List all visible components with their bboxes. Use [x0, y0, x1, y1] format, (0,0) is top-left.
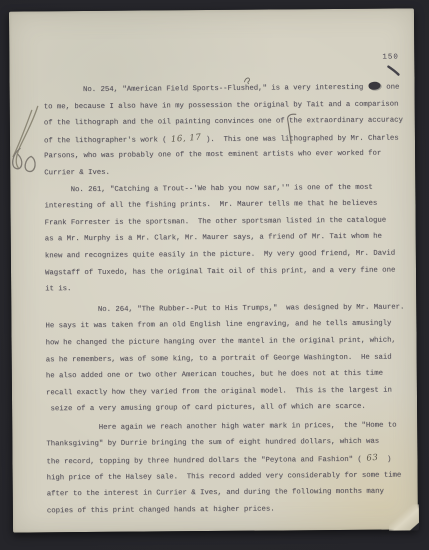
typed-text: interesting of all the fishing prints. M… [44, 200, 377, 211]
typed-text: as he remembers, was of some king, to a … [46, 353, 392, 364]
typed-text: as a Mr. Murphy is a Mr. Clark, Mr. Maur… [45, 233, 382, 244]
typed-text: Thanksgiving" by Durrie bringing the sum… [46, 438, 379, 449]
paragraph: No. 264, "The Rubber--Put to His Trumps,… [45, 299, 411, 418]
paragraph: No. 261, "Catching a Trout--'We hab you … [44, 179, 410, 298]
document-page: 150 No. 254, "American Field Sports--Flu… [9, 8, 418, 532]
typed-text: after to the interest in Currier & Ives,… [47, 488, 384, 499]
typed-text: knew and recognizes quite easily in the … [45, 250, 395, 261]
typed-text: Parsons, who was probably one of the mos… [44, 150, 381, 161]
typed-text: recall exactly how they varied from the … [46, 386, 392, 397]
typed-text: of the lithograph and the oil painting c… [44, 117, 403, 128]
typed-text: it is. [45, 285, 71, 293]
pencil-tick-icon [386, 65, 400, 78]
typed-text: high price of the Halsey sale. This reco… [47, 471, 402, 482]
typed-text: ). This one was lithographed by Mr. Char… [202, 134, 399, 144]
typed-text: Wagstaff of Tuxedo, has the original Tai… [45, 266, 395, 277]
typed-line: copies of this print changed hands at hi… [47, 500, 412, 519]
page-number: 150 [382, 54, 399, 63]
handwritten-text: 63 [365, 450, 378, 467]
typed-text: to me, because I also have in my possess… [44, 100, 399, 111]
typed-text: the record, topping by three hundred dol… [46, 456, 366, 467]
paragraph: Here again we reach another high water m… [46, 417, 412, 519]
typed-text: ) [378, 456, 391, 464]
handwritten-text: 16, 17 [170, 129, 202, 148]
typed-text: Frank Forrester is the sportsman. The ot… [45, 216, 387, 227]
typed-text: copies of this print changed hands at hi… [47, 505, 275, 515]
photo-backdrop: 150 No. 254, "American Field Sports--Flu… [0, 0, 429, 550]
typed-line: seize of a very amusing group of card pi… [46, 399, 411, 418]
typed-line: it is. [45, 279, 410, 298]
typed-text: of the lithographer's work ( [44, 136, 171, 145]
typed-text: No. 264, "The Rubber--Put to His Trumps,… [45, 303, 404, 314]
typed-line: Wagstaff of Tuxedo, has the original Tai… [45, 262, 410, 281]
ink-blot-mark [368, 81, 381, 91]
typed-text: one [386, 84, 399, 92]
typed-text: He says it was taken from an old English… [45, 320, 391, 331]
typed-line: Parsons, who was probably one of the mos… [44, 146, 409, 165]
typed-text: how he changed the picture hanging over … [46, 336, 396, 347]
typed-text: Here again we reach another high water m… [46, 421, 396, 432]
typed-text: Currier & Ives. [44, 169, 110, 178]
margin-scribble-icon [4, 103, 49, 187]
typed-text: No. 254, "American Field Sports--Flushed… [44, 84, 364, 95]
typed-text: No. 261, "Catching a Trout--'We hab you … [44, 183, 372, 194]
typed-text: seize of a very amusing group of card pi… [46, 403, 366, 414]
typed-text: he also added one or two other American … [46, 370, 383, 381]
typed-line: after to the interest in Currier & Ives,… [47, 484, 412, 503]
paper-corner-fold [389, 504, 419, 530]
paragraph: No. 254, "American Field Sports--Flushed… [44, 79, 410, 181]
typed-text-block: No. 254, "American Field Sports--Flushed… [44, 79, 412, 519]
